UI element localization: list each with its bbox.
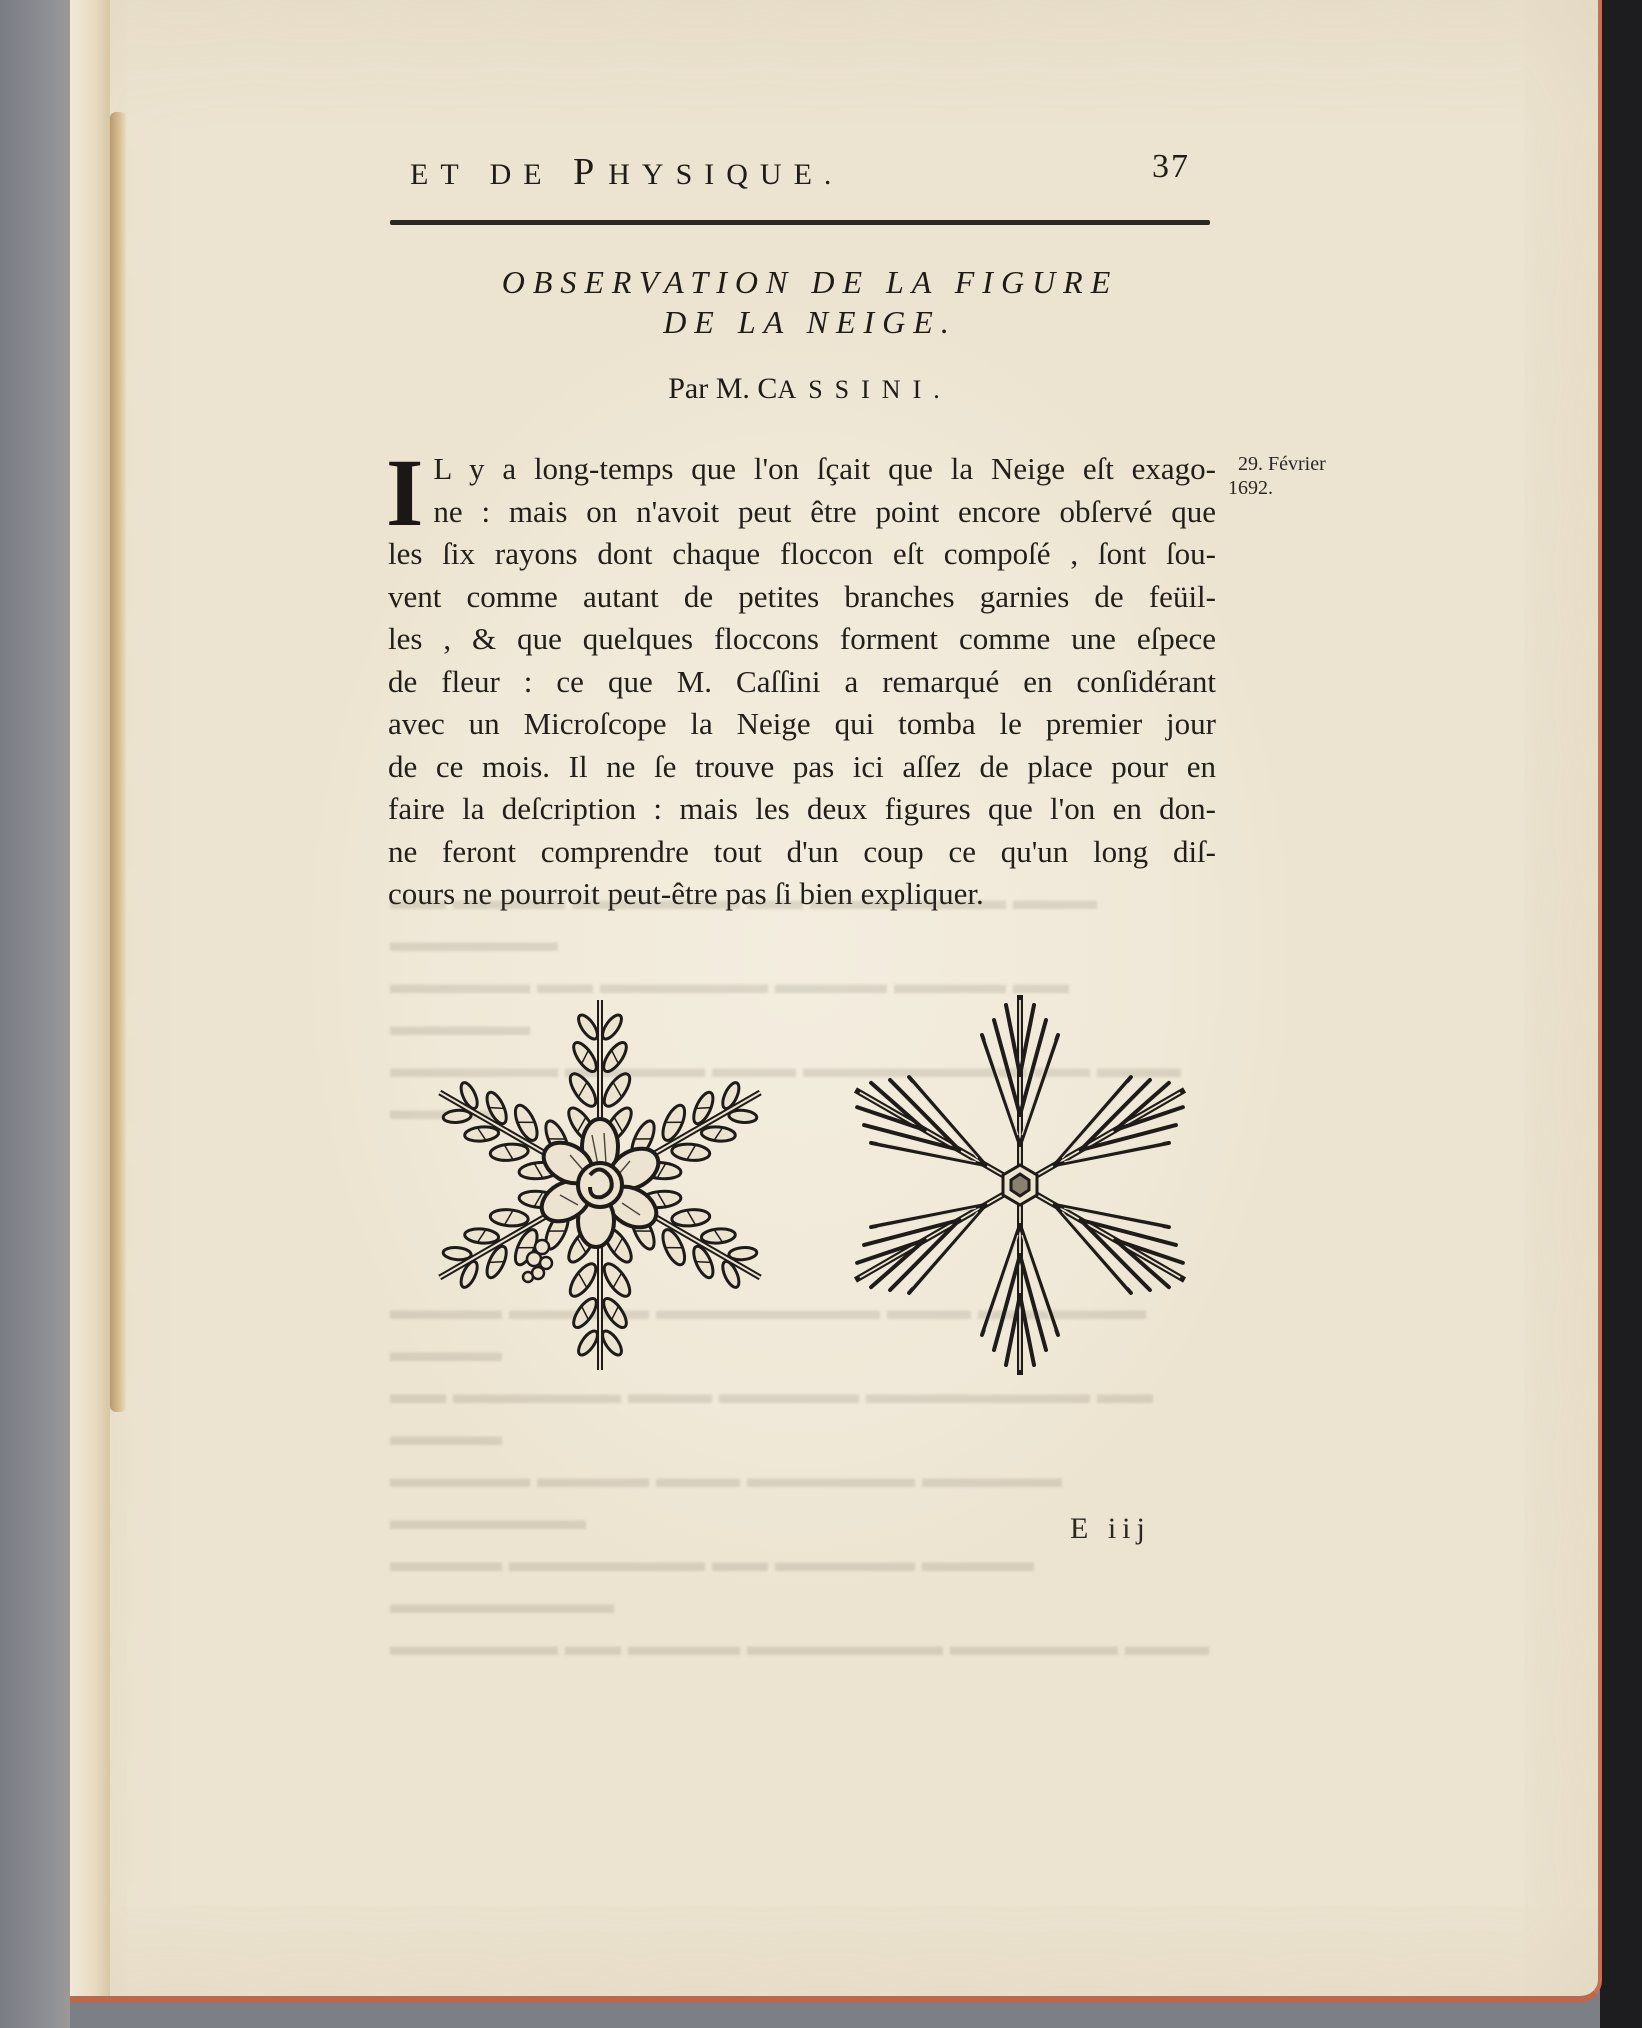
running-head-rest: HYSIQUE. bbox=[608, 158, 843, 191]
marginal-year: 1692. bbox=[1228, 476, 1326, 500]
marginal-note: 29. Février 1692. bbox=[1238, 452, 1326, 500]
running-head-text: ET DE bbox=[410, 158, 573, 191]
running-head: ET DE PHYSIQUE. bbox=[410, 150, 1220, 194]
needle-snowflake-icon bbox=[820, 980, 1220, 1380]
body-line: de fleur : ce que M. Caſſini a remarqué … bbox=[388, 661, 1216, 704]
body-line: faire la deſcription : mais les deux fig… bbox=[388, 788, 1216, 831]
title-line-1: OBSERVATION DE LA FIGURE bbox=[400, 262, 1220, 302]
body-line: vent comme autant de petites branches ga… bbox=[388, 576, 1216, 619]
page-number: 37 bbox=[1152, 148, 1190, 186]
header-rule bbox=[390, 220, 1210, 225]
body-paragraph: I L y a long-temps que l'on ſçait que la… bbox=[388, 448, 1216, 916]
leafy-snowflake-icon bbox=[400, 980, 800, 1380]
body-line: de ce mois. Il ne ſe trouve pas ici aſſe… bbox=[388, 746, 1216, 789]
author-byline: Par M. CASSINI. bbox=[400, 372, 1220, 406]
title-line-2: DE LA NEIGE. bbox=[400, 302, 1220, 342]
scan-background-right bbox=[1600, 0, 1642, 2028]
article-title: OBSERVATION DE LA FIGURE DE LA NEIGE. bbox=[400, 262, 1220, 342]
book-page: ET DE PHYSIQUE. 37 OBSERVATION DE LA FIG… bbox=[70, 0, 1602, 2002]
author-name-rest: ASSINI. bbox=[777, 375, 951, 404]
snowflake-figures bbox=[400, 980, 1220, 1380]
drop-capital: I bbox=[386, 454, 423, 532]
signature-mark: E iij bbox=[1070, 1512, 1151, 1546]
author-prefix: Par M. bbox=[668, 372, 757, 405]
author-capital: C bbox=[757, 372, 777, 405]
body-line: L y a long-temps que l'on ſçait que la N… bbox=[388, 448, 1216, 491]
scan-background-left bbox=[0, 0, 70, 2028]
running-head-capital: P bbox=[573, 151, 608, 193]
body-line: avec un Microſcope la Neige qui tomba le… bbox=[388, 703, 1216, 746]
body-line: les , & que quelques floccons forment co… bbox=[388, 618, 1216, 661]
body-line: ne feront comprendre tout d'un coup ce q… bbox=[388, 831, 1216, 874]
body-line: les ſix rayons dont chaque floccon eſt c… bbox=[388, 533, 1216, 576]
body-line: ne : mais on n'avoit peut être point enc… bbox=[388, 491, 1216, 534]
marginal-date: 29. Février bbox=[1238, 453, 1326, 475]
